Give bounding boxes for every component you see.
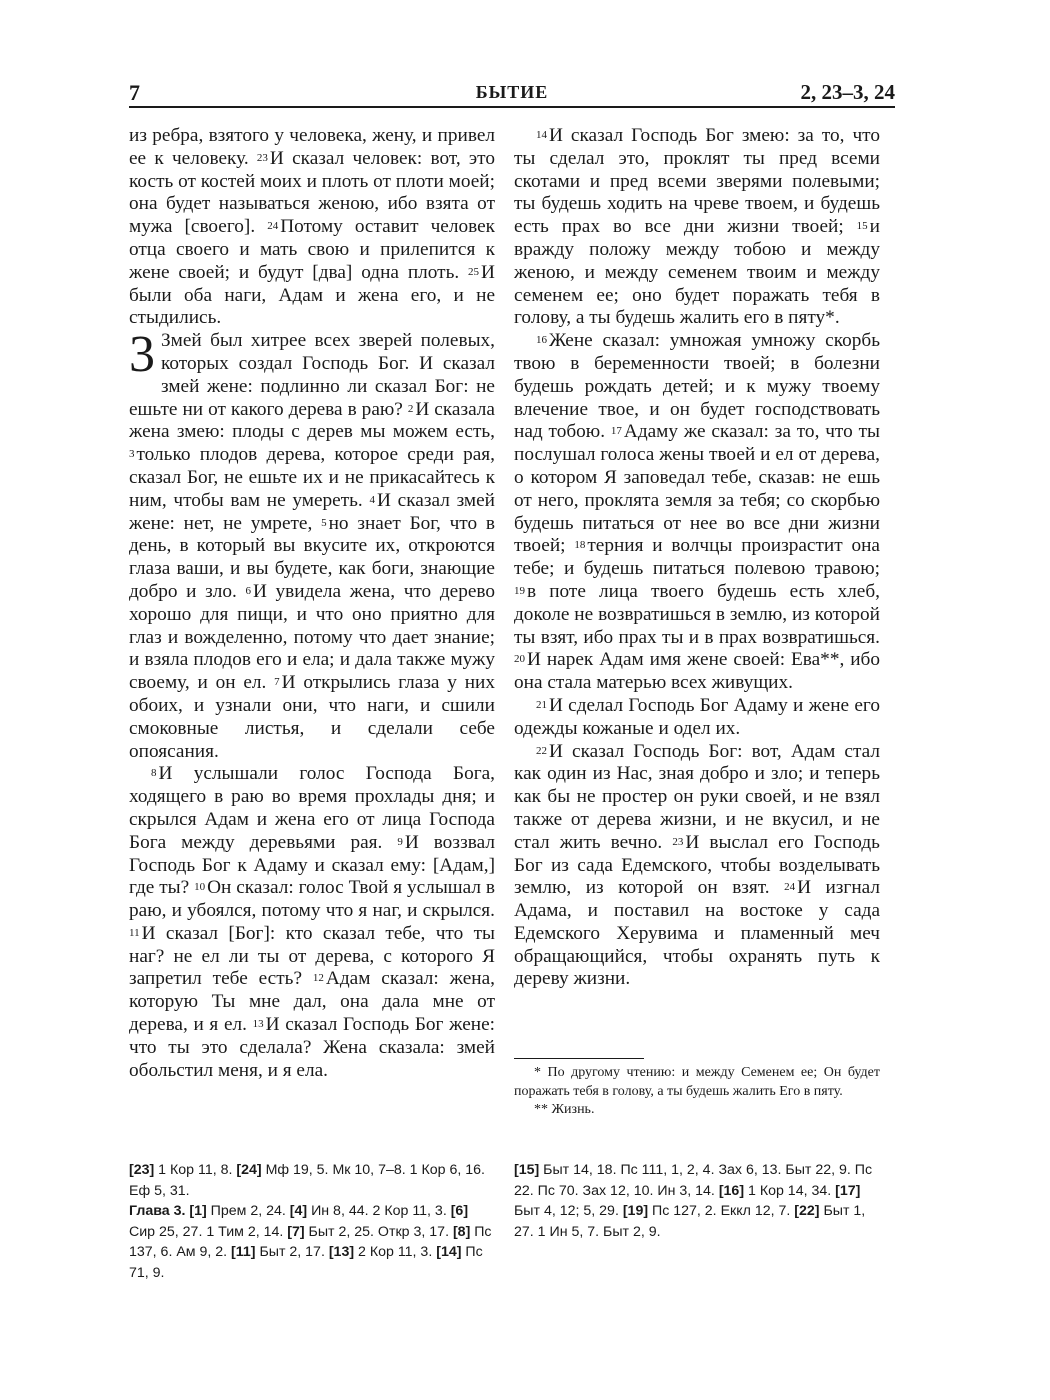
paragraph-3-14: 14И сказал Господь Бог змею: за то, что … bbox=[514, 125, 880, 330]
verse-number: 11 bbox=[129, 927, 140, 939]
cross-ref-block: [23] 1 Кор 11, 8. [24] Мф 19, 5. Мк 10, … bbox=[129, 1160, 495, 1201]
ref-text: Быт 2, 17. bbox=[256, 1244, 329, 1260]
verse-number: 2 bbox=[408, 403, 414, 415]
ref-label: [17] bbox=[835, 1183, 860, 1199]
ref-text: 1 Кор 11, 8. bbox=[154, 1162, 236, 1178]
ref-label: [16] bbox=[719, 1183, 744, 1199]
cross-ref-block: [15] Быт 14, 18. Пс 111, 1, 2, 4. Зах 6,… bbox=[514, 1160, 880, 1242]
verse-number: 10 bbox=[194, 881, 205, 893]
verse-number: 23 bbox=[257, 152, 268, 164]
chapter-3-paragraph: 3Змей был хитрее всех зверей полевых, ко… bbox=[129, 330, 495, 763]
ref-text: Сир 25, 27. 1 Тим 2, 14. bbox=[129, 1224, 287, 1240]
ref-label: [15] bbox=[514, 1162, 539, 1178]
verse-number: 5 bbox=[321, 517, 327, 529]
verse-number: 25 bbox=[468, 266, 479, 278]
ref-label: [7] bbox=[287, 1224, 304, 1240]
footnote-rule bbox=[514, 1058, 644, 1059]
running-header: 7 БЫТИЕ 2, 23–3, 24 bbox=[129, 80, 895, 106]
ref-text: 2 Кор 11, 3. bbox=[354, 1244, 436, 1260]
chapter-range: 2, 23–3, 24 bbox=[801, 80, 896, 105]
right-column: 14И сказал Господь Бог змею: за то, что … bbox=[514, 125, 880, 991]
ref-label: [6] bbox=[451, 1203, 468, 1219]
ref-text: Ин 8, 44. 2 Кор 11, 3. bbox=[307, 1203, 451, 1219]
book-title: БЫТИЕ bbox=[129, 82, 895, 103]
verse-number: 16 bbox=[536, 334, 547, 346]
ref-text: Быт 2, 25. Откр 3, 17. bbox=[305, 1224, 453, 1240]
ref-label: [24] bbox=[236, 1162, 261, 1178]
ref-label: [1] bbox=[189, 1203, 206, 1219]
verse-number: 22 bbox=[536, 745, 547, 757]
footnote-2: ** Жизнь. bbox=[514, 1101, 880, 1120]
footnote-1: * По другому чтению: и между Семенем ее;… bbox=[514, 1064, 880, 1101]
verse-text: в поте лица твоего будешь есть хлеб, док… bbox=[514, 581, 880, 648]
chapter-dropcap: 3 bbox=[129, 333, 155, 377]
ref-label: [4] bbox=[290, 1203, 307, 1219]
ref-label: [13] bbox=[329, 1244, 354, 1260]
ref-label: [23] bbox=[129, 1162, 154, 1178]
paragraph-3-21: 21И сделал Господь Бог Адаму и жене его … bbox=[514, 695, 880, 741]
verse-number: 13 bbox=[253, 1018, 264, 1030]
left-column: из ребра, взятого у человека, жену, и пр… bbox=[129, 125, 495, 1082]
ref-label: [8] bbox=[453, 1224, 470, 1240]
verse-number: 23 bbox=[672, 836, 683, 848]
verse-number: 4 bbox=[370, 494, 376, 506]
verse-number: 14 bbox=[536, 129, 547, 141]
verse-text: И нарек Адам имя жене своей: Ева**, ибо … bbox=[514, 649, 880, 693]
footnotes: * По другому чтению: и между Семенем ее;… bbox=[514, 1064, 880, 1120]
cross-references-right: [15] Быт 14, 18. Пс 111, 1, 2, 4. Зах 6,… bbox=[514, 1160, 880, 1242]
ref-text: Быт 4, 12; 5, 29. bbox=[514, 1203, 623, 1219]
cross-references-left: [23] 1 Кор 11, 8. [24] Мф 19, 5. Мк 10, … bbox=[129, 1160, 495, 1283]
verse-number: 12 bbox=[313, 972, 324, 984]
cross-ref-block: Глава 3. [1] Прем 2, 24. [4] Ин 8, 44. 2… bbox=[129, 1201, 495, 1283]
verse-number: 8 bbox=[151, 767, 157, 779]
verse-number: 15 bbox=[857, 220, 868, 232]
verse-number: 24 bbox=[267, 220, 278, 232]
verse-number: 17 bbox=[611, 425, 622, 437]
ref-label: [14] bbox=[436, 1244, 461, 1260]
paragraph-3-22: 22И сказал Господь Бог: вот, Адам стал к… bbox=[514, 741, 880, 992]
ref-label: [22] bbox=[794, 1203, 819, 1219]
ref-text: Прем 2, 24. bbox=[207, 1203, 290, 1219]
verse-number: 7 bbox=[274, 676, 280, 688]
ref-text: Пс 127, 2. Еккл 12, 7. bbox=[648, 1203, 794, 1219]
verse-number: 20 bbox=[514, 653, 525, 665]
ref-label: [19] bbox=[623, 1203, 648, 1219]
verse-text: И сделал Господь Бог Адаму и жене его од… bbox=[514, 695, 880, 739]
verse-number: 9 bbox=[397, 836, 403, 848]
verse-number: 21 bbox=[536, 699, 547, 711]
verse-text: И сказал Господь Бог змею: за то, что ты… bbox=[514, 125, 880, 237]
ref-text: 1 Кор 14, 34. bbox=[744, 1183, 835, 1199]
verse-number: 6 bbox=[245, 585, 251, 597]
paragraph-2-23: из ребра, взятого у человека, жену, и пр… bbox=[129, 125, 495, 330]
header-rule bbox=[129, 106, 895, 108]
ref-label: [11] bbox=[231, 1244, 255, 1260]
verse-text: терния и волчцы произрастит она тебе; и … bbox=[514, 535, 880, 579]
verse-number: 18 bbox=[574, 539, 585, 551]
paragraph-3-16: 16Жене сказал: умножая умножу скорбь тво… bbox=[514, 330, 880, 695]
verse-number: 19 bbox=[514, 585, 525, 597]
paragraph-3-8: 8И услышали голос Господа Бога, ходящего… bbox=[129, 763, 495, 1082]
chapter-label: Глава 3. bbox=[129, 1203, 185, 1219]
verse-number: 3 bbox=[129, 448, 135, 460]
verse-number: 24 bbox=[784, 881, 795, 893]
